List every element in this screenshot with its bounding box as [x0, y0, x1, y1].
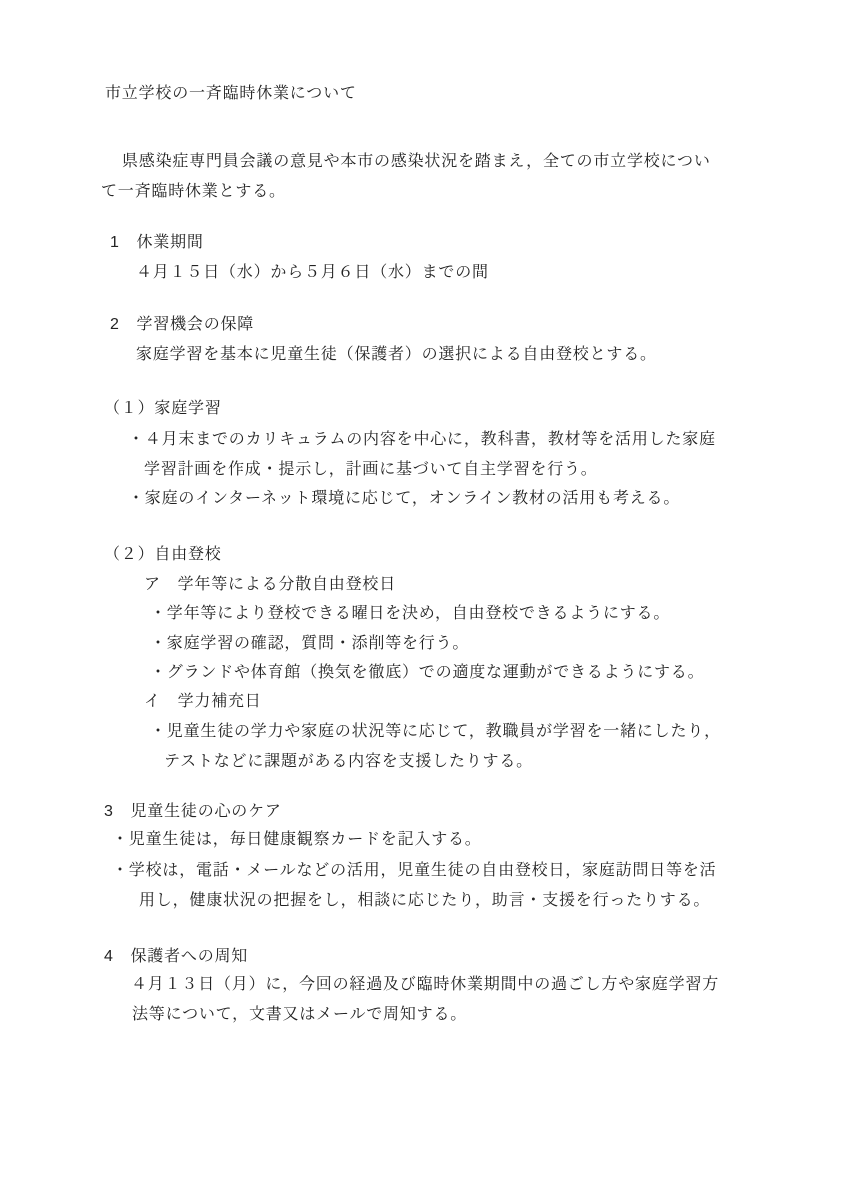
section-4-body-line-1: ４月１３日（月）に，今回の経過及び臨時休業期間中の過ごし方や家庭学習方	[131, 974, 719, 996]
item-a-bullet-2: ・家庭学習の確認，質問・添削等を行う。	[150, 633, 469, 655]
subsection-1-bullet-2: ・家庭のインターネット環境に応じて，オンライン教材の活用も考える。	[128, 488, 680, 510]
section-3-bullet-2-line-1: ・学校は，電話・メールなどの活用，児童生徒の自由登校日，家庭訪問日等を活	[112, 860, 716, 882]
item-i-heading: イ 学力補充日	[144, 691, 262, 713]
section-3-heading: 3 児童生徒の心のケア	[104, 801, 282, 823]
section-4-heading: 4 保護者への周知	[104, 946, 248, 968]
section-1-heading: 1 休業期間	[110, 232, 204, 254]
intro-paragraph-line-1: 県感染症専門員会議の意見や本市の感染状況を踏まえ，全ての市立学校につい	[122, 151, 711, 173]
item-a-bullet-3: ・グランドや体育館（換気を徹底）での適度な運動ができるようにする。	[150, 662, 704, 684]
section-2-heading: 2 学習機会の保障	[110, 314, 254, 336]
subsection-1-bullet-1-line-2: 学習計画を作成・提示し，計画に基づいて自主学習を行う。	[144, 459, 598, 481]
item-a-bullet-1: ・学年等により登校できる曜日を決め，自由登校できるようにする。	[150, 603, 670, 625]
document-page: 市立学校の一斉臨時休業について 県感染症専門員会議の意見や本市の感染状況を踏まえ…	[0, 0, 848, 1200]
section-3-bullet-2-line-2: 用し，健康状況の把握をし，相談に応じたり，助言・支援を行ったりする。	[139, 890, 710, 912]
item-a-heading: ア 学年等による分散自由登校日	[144, 574, 396, 596]
intro-paragraph-line-2: て一斉臨時休業とする。	[101, 181, 286, 203]
document-title: 市立学校の一斉臨時休業について	[105, 83, 357, 105]
section-4-body-line-2: 法等について，文書又はメールで周知する。	[132, 1004, 467, 1026]
subsection-2-heading: （２）自由登校	[104, 544, 222, 566]
subsection-1-heading: （１）家庭学習	[104, 398, 222, 420]
item-i-bullet-1-line-1: ・児童生徒の学力や家庭の状況等に応じて，教職員が学習を一緒にしたり，	[150, 721, 721, 743]
section-3-bullet-1: ・児童生徒は，毎日健康観察カードを記入する。	[112, 829, 482, 851]
item-i-bullet-1-line-2: テストなどに課題がある内容を支援したりする。	[164, 751, 533, 773]
subsection-1-bullet-1-line-1: ・４月末までのカリキュラムの内容を中心に，教科書，教材等を活用した家庭	[128, 429, 716, 451]
section-1-body: ４月１５日（水）から５月６日（水）までの間	[136, 262, 489, 284]
section-2-body: 家庭学習を基本に児童生徒（保護者）の選択による自由登校とする。	[136, 344, 657, 366]
